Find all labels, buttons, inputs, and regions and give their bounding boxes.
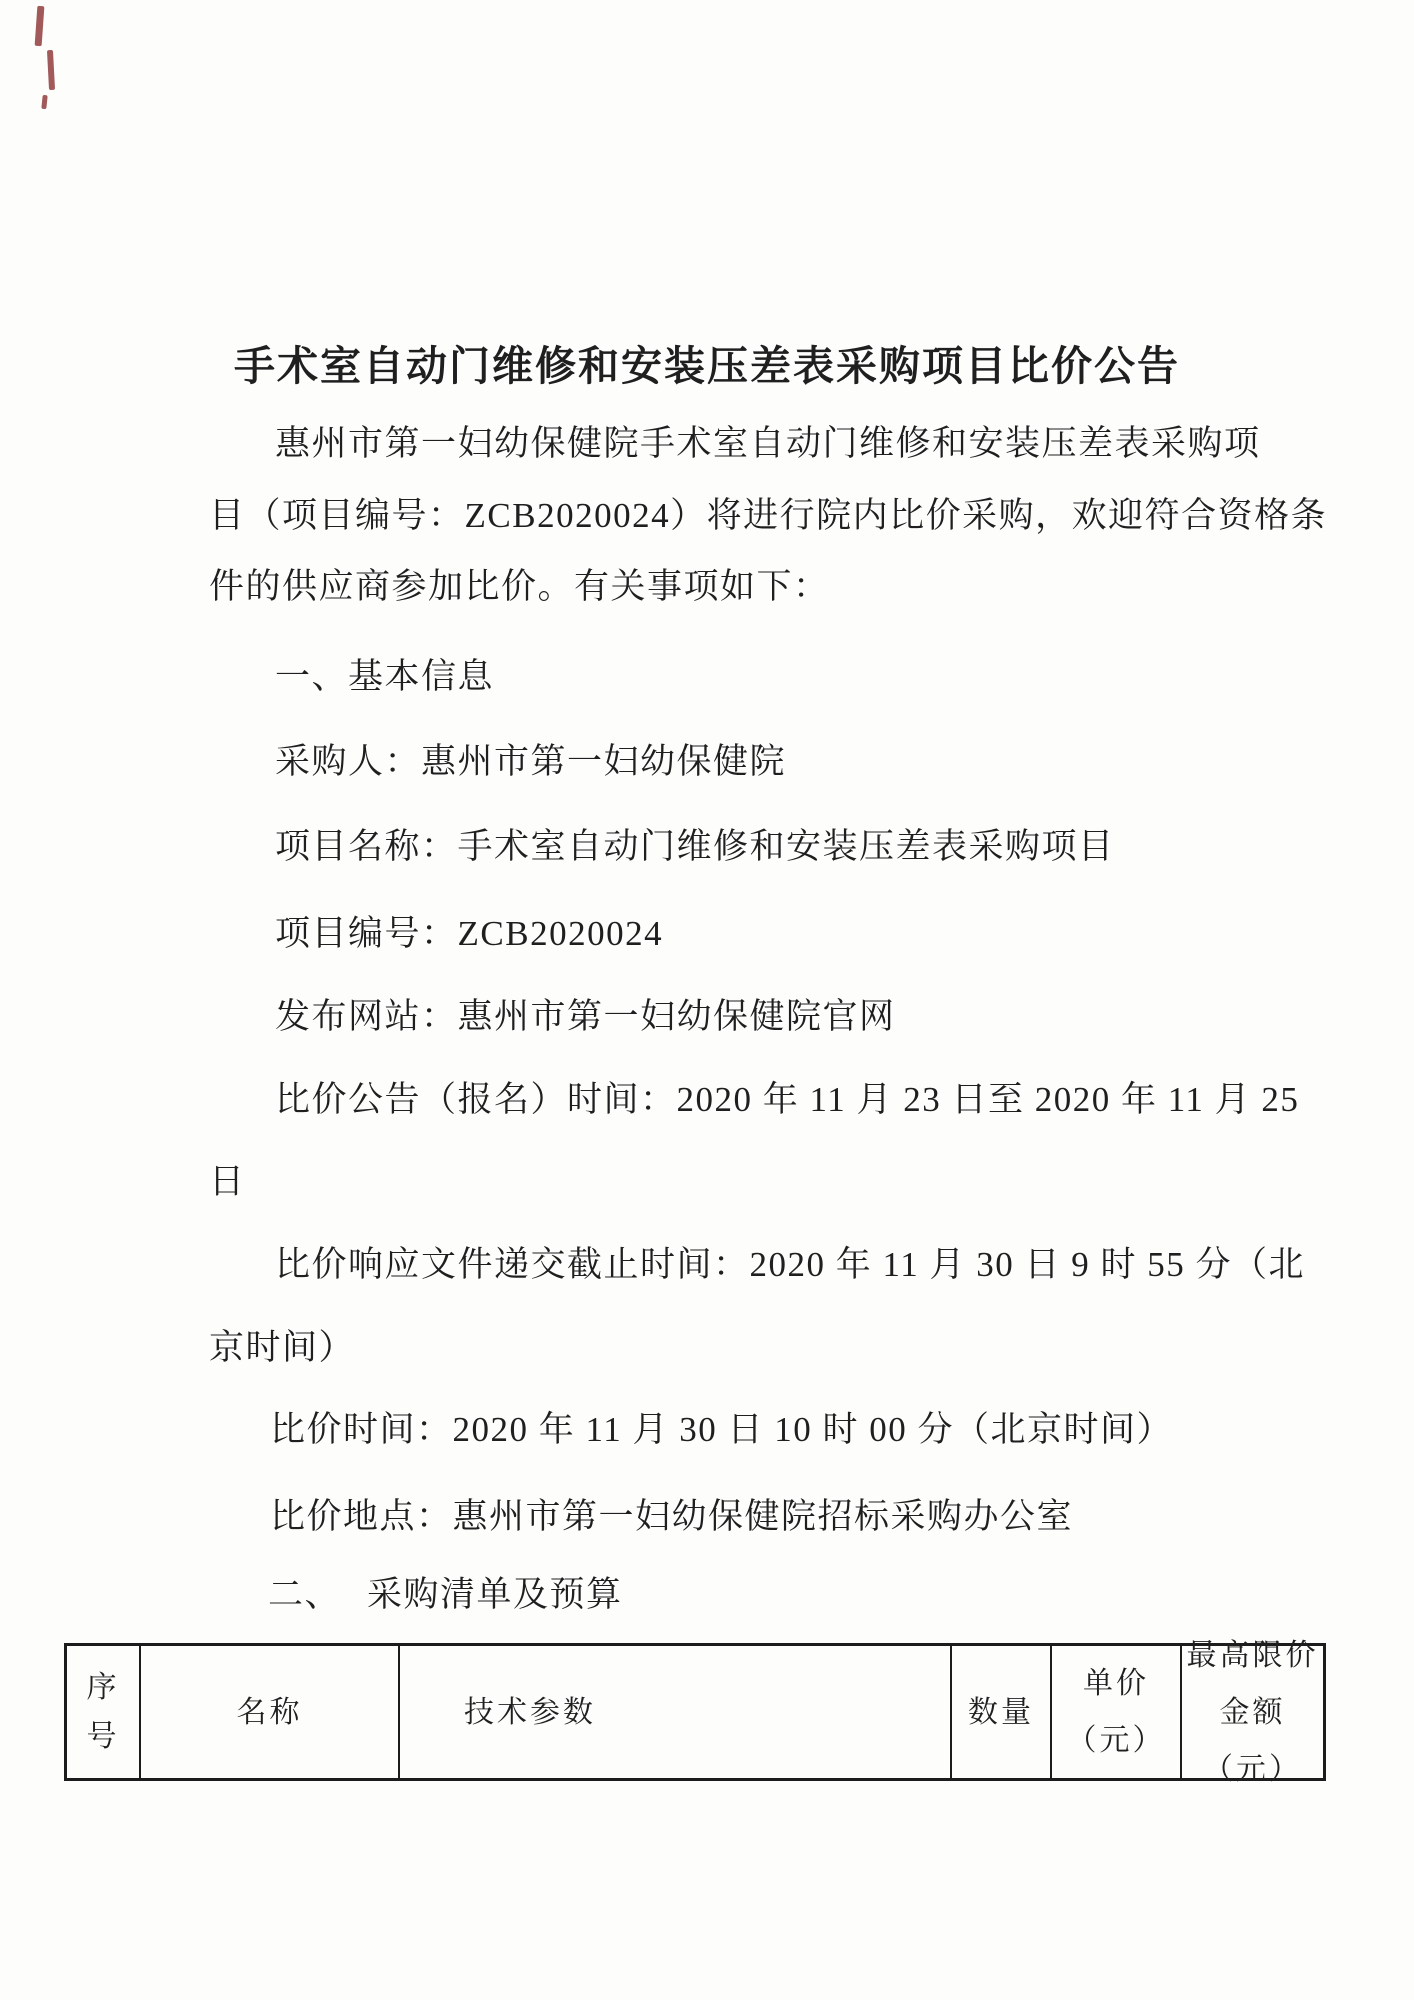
- scan-artifact-mark: [47, 50, 55, 90]
- scan-artifact-mark: [41, 95, 47, 109]
- section1-heading: 一、基本信息: [275, 655, 494, 699]
- table-header-unit-price-line1: 单价: [1083, 1655, 1149, 1712]
- document-title: 手术室自动门维修和安装压差表采购项目比价公告: [0, 333, 1414, 392]
- compare-place-line: 比价地点：惠州市第一妇幼保健院招标采购办公室: [270, 1495, 1073, 1539]
- scan-artifact-mark: [35, 6, 45, 46]
- announce-time-line-2: 日: [209, 1160, 246, 1204]
- table-header-name-label: 名称: [237, 1684, 303, 1741]
- table-header-name: 名称: [139, 1646, 398, 1778]
- intro-line-3: 件的供应商参加比价。有关事项如下：: [209, 565, 830, 609]
- table-header-unit-price: 单价 （元）: [1050, 1646, 1180, 1778]
- deadline-line-1: 比价响应文件递交截止时间：2020 年 11 月 30 日 9 时 55 分（北: [275, 1243, 1305, 1287]
- section2-title: 采购清单及预算: [367, 1575, 623, 1614]
- table-header-seq-line1: 序: [87, 1663, 120, 1712]
- deadline-line-2: 京时间）: [209, 1326, 355, 1370]
- table-header-unit-price-line2: （元）: [1067, 1712, 1166, 1769]
- table-header-qty: 数量: [950, 1646, 1050, 1778]
- document-page: 手术室自动门维修和安装压差表采购项目比价公告 惠州市第一妇幼保健院手术室自动门维…: [0, 0, 1414, 2000]
- buyer-line: 采购人：惠州市第一妇幼保健院: [275, 740, 786, 784]
- publish-site-line: 发布网站：惠州市第一妇幼保健院官网: [275, 995, 896, 1039]
- announce-time-line-1: 比价公告（报名）时间：2020 年 11 月 23 日至 2020 年 11 月…: [275, 1078, 1299, 1122]
- project-number-line: 项目编号：ZCB2020024: [275, 912, 663, 956]
- table-header-seq-line2: 号: [87, 1712, 120, 1761]
- table-header-seq: 序 号: [67, 1646, 139, 1778]
- table-header-spec-label: 技术参数: [464, 1684, 596, 1741]
- compare-time-line: 比价时间：2020 年 11 月 30 日 10 时 00 分（北京时间）: [270, 1408, 1173, 1452]
- intro-line-1: 惠州市第一妇幼保健院手术室自动门维修和安装压差表采购项: [275, 422, 1261, 466]
- table-header-max-price: 最高限价 金额（元）: [1180, 1646, 1323, 1778]
- project-name-line: 项目名称：手术室自动门维修和安装压差表采购项目: [275, 825, 1115, 869]
- section2-heading: 二、采购清单及预算: [268, 1573, 623, 1617]
- procurement-table: 序 号 名称 技术参数 数量 单价 （元） 最高限价 金额（元）: [64, 1643, 1326, 1781]
- section2-number: 二、: [268, 1575, 341, 1614]
- table-header-qty-label: 数量: [968, 1684, 1034, 1741]
- table-header-max-price-line2: 金额（元）: [1182, 1684, 1323, 1798]
- intro-line-2: 目（项目编号：ZCB2020024）将进行院内比价采购，欢迎符合资格条: [209, 494, 1327, 538]
- table-header-spec: 技术参数: [398, 1646, 950, 1778]
- table-header-max-price-line1: 最高限价: [1187, 1627, 1319, 1684]
